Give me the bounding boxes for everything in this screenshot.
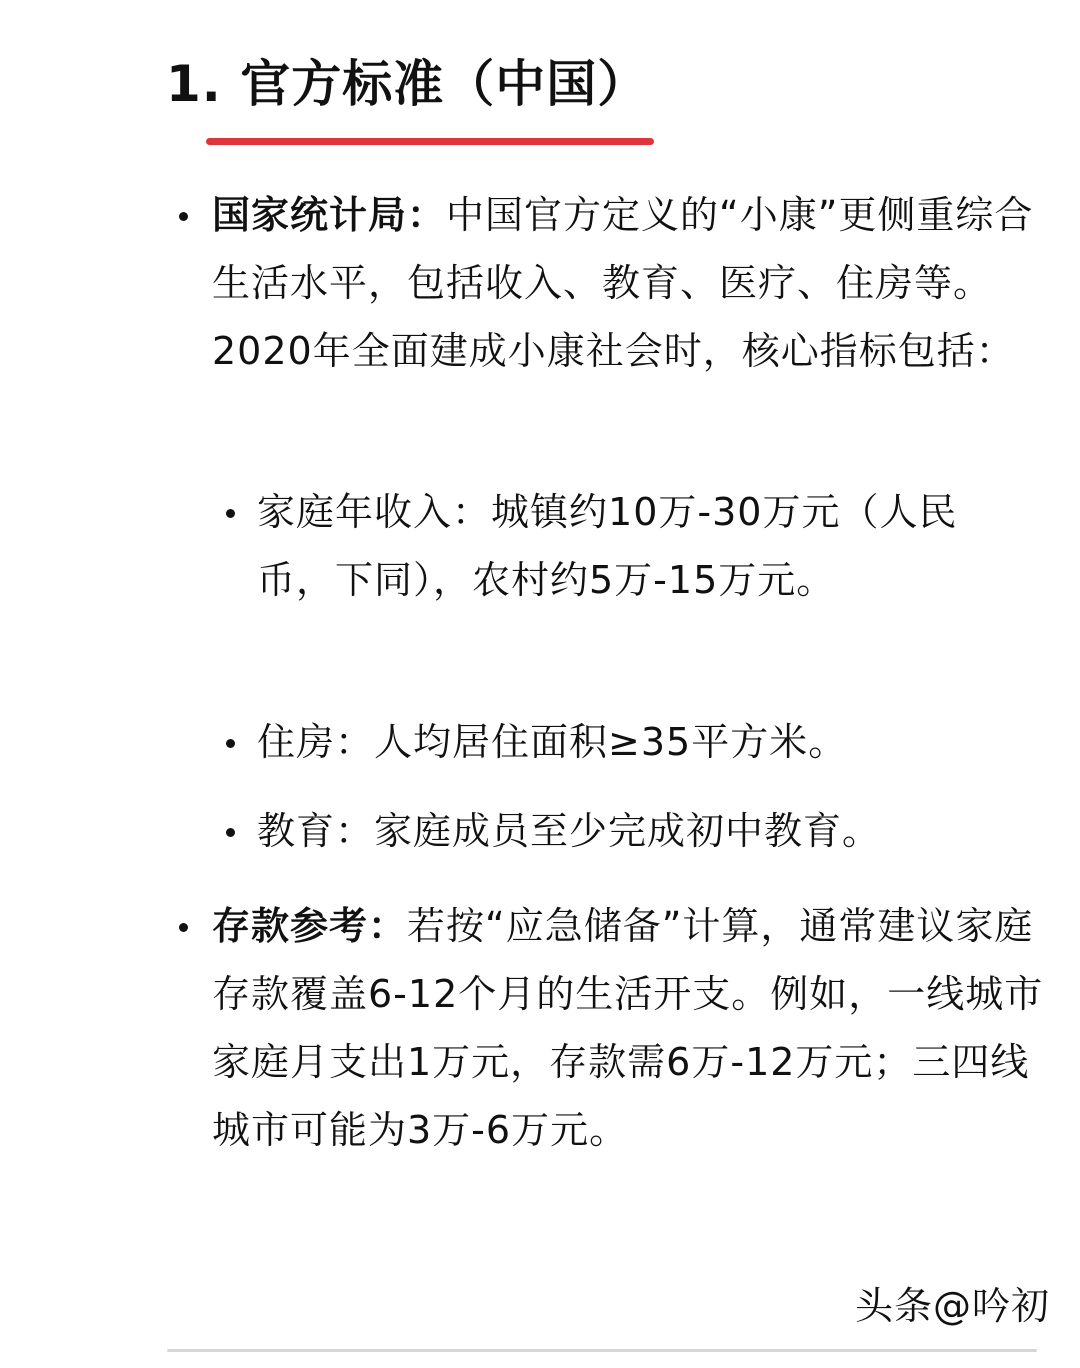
list-item-label: 存款参考 [212,904,368,948]
sub-item-housing: 住房：人均居住面积≥35平方米。 [257,708,1017,776]
heading-number: 1. [166,55,222,113]
bullet-icon [179,923,188,932]
heading-title: 官方标准（中国） [240,55,648,113]
list-item-savings: 存款参考：若按“应急储备”计算，通常建议家庭存款覆盖6-12个月的生活开支。例如… [212,892,1052,1164]
label-separator: ： [452,490,491,534]
sub-item-text: 人均居住面积≥35平方米。 [374,720,847,764]
section-heading: 1. 官方标准（中国） [166,52,648,116]
sub-item-text: 家庭成员至少完成初中教育。 [374,809,881,853]
list-item-label: 国家统计局 [212,193,407,237]
heading-underline [206,138,654,145]
sub-item-label: 家庭年收入 [257,490,452,534]
footer-divider [167,1349,1037,1352]
label-separator: ： [335,720,374,764]
sub-item-income: 家庭年收入：城镇约10万-30万元（人民币，下同），农村约5万-15万元。 [257,478,1017,614]
sub-item-education: 教育：家庭成员至少完成初中教育。 [257,797,1017,865]
watermark: 头条@吟初 [855,1282,1050,1330]
sub-item-label: 教育 [257,809,335,853]
bullet-icon [179,212,188,221]
list-item-nbs: 国家统计局：中国官方定义的“小康”更侧重综合生活水平，包括收入、教育、医疗、住房… [212,181,1052,385]
sub-item-label: 住房 [257,720,335,764]
label-separator: ： [368,904,407,948]
bullet-icon [226,828,235,837]
label-separator: ： [335,809,374,853]
bullet-icon [226,509,235,518]
bullet-icon [226,739,235,748]
label-separator: ： [407,193,446,237]
